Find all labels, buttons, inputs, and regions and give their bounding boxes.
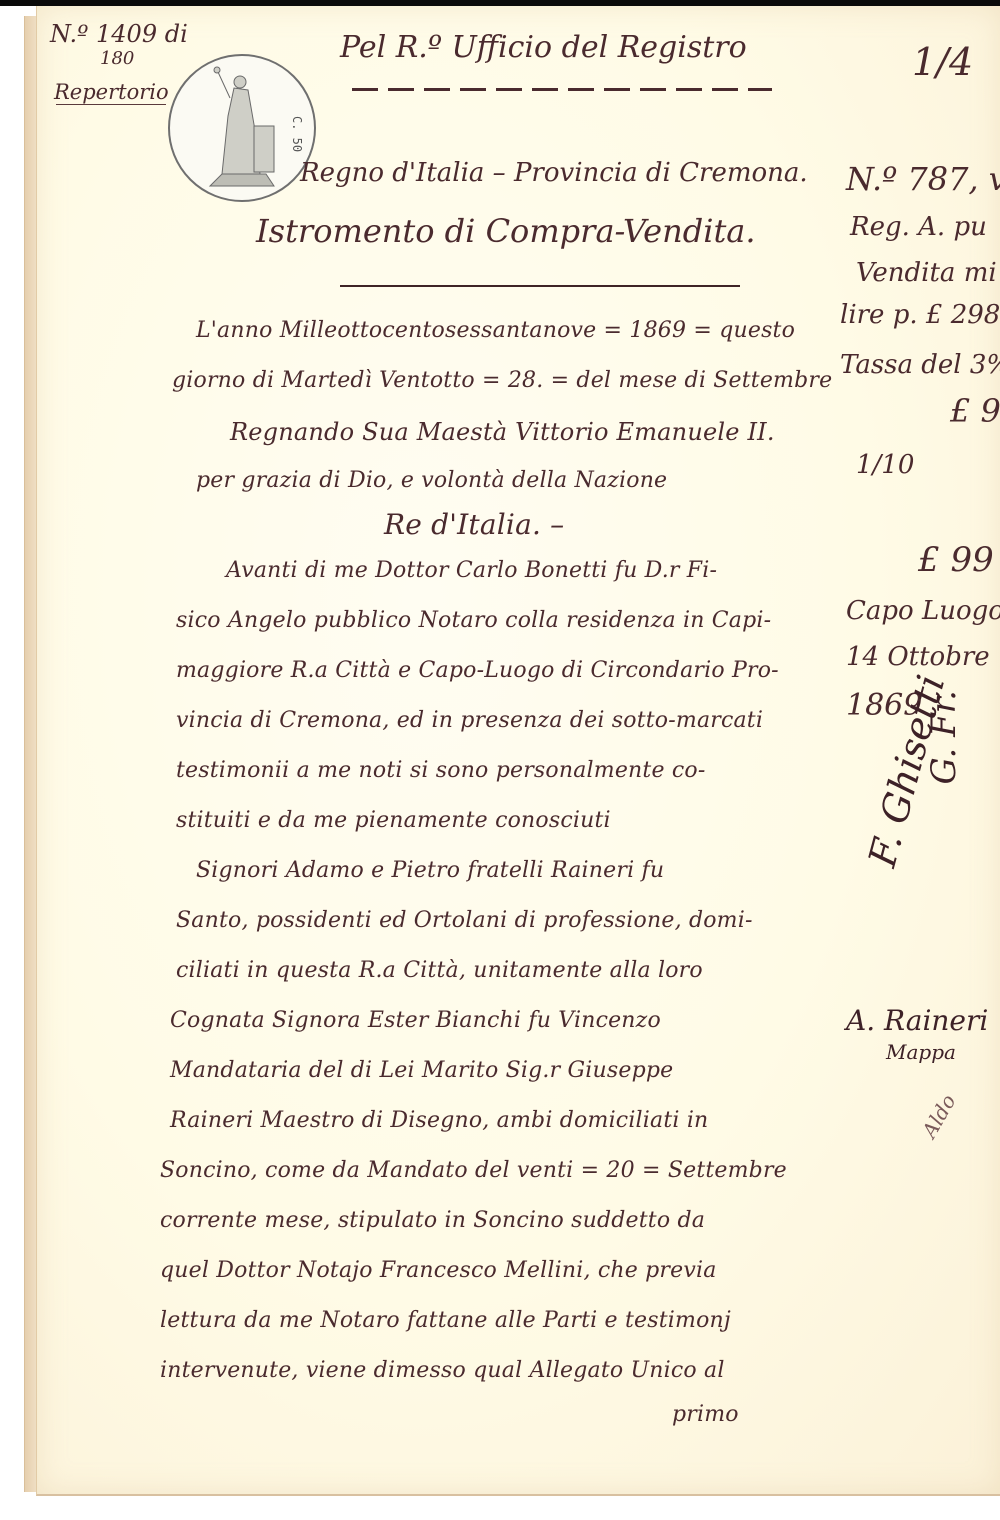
body-line: stituiti e da me pienamente conosciuti [176,808,611,833]
body-line: intervenute, viene dimesso qual Allegato… [160,1358,725,1383]
repertorio-underline [56,104,166,105]
repertorio-number: N.º 1409 di [50,20,188,48]
margin-note: Vendita mi [856,258,997,288]
margin-note: N.º 787, vo [846,160,1000,198]
body-line: Avanti di me Dottor Carlo Bonetti fu D.r… [226,558,717,583]
signature: A. Raineri [846,1004,988,1037]
heading-deed-title: Istromento di Compra-Vendita. [256,212,756,250]
stamp-value: C. 50 [290,116,304,152]
fraction-mark: 1/4 [912,40,973,84]
margin-note: Capo Luogo [846,596,1000,626]
body-line: Cognata Signora Ester Bianchi fu Vincenz… [170,1008,661,1033]
body-line: Regnando Sua Maestà Vittorio Emanuele II… [230,418,775,446]
body-line: maggiore R.a Città e Capo-Luogo di Circo… [176,658,779,683]
margin-note: £ 99 [918,540,994,580]
body-line: Santo, possidenti ed Ortolani di profess… [176,908,753,933]
body-line-catchword: primo [672,1402,739,1427]
body-line: vincia di Cremona, ed in presenza dei so… [176,708,763,733]
body-line: Signori Adamo e Pietro fratelli Raineri … [196,858,664,883]
body-line: Raineri Maestro di Disegno, ambi domicil… [170,1108,708,1133]
body-line: testimonii a me noti si sono personalmen… [176,758,705,783]
body-line: sico Angelo pubblico Notaro colla reside… [176,608,771,633]
margin-note: 14 Ottobre [846,642,990,672]
body-line: lettura da me Notaro fattane alle Parti … [160,1308,731,1333]
signature: Mappa [886,1040,956,1064]
body-line: per grazia di Dio, e volontà della Nazio… [196,468,667,493]
heading-separator [340,285,740,287]
margin-note: 1/10 [856,450,914,480]
margin-note: lire p. £ 298 [840,300,1000,330]
office-header: Pel R.º Ufficio del Registro [340,30,747,65]
revenue-stamp: C. 50 [168,54,316,202]
body-line: Re d'Italia. – [384,508,564,541]
repertorio-label: Repertorio [54,80,169,104]
body-line: corrente mese, stipulato in Soncino sudd… [160,1208,705,1233]
margin-note: £ 9 [950,392,1000,430]
heading-province: Regno d'Italia – Provincia di Cremona. [300,158,808,188]
margin-note: Tassa del 3% [840,350,1000,380]
body-line: quel Dottor Notajo Francesco Mellini, ch… [160,1258,717,1283]
body-line: giorno di Martedì Ventotto = 28. = del m… [172,368,832,393]
body-line: Soncino, come da Mandato del venti = 20 … [160,1158,787,1183]
body-line: Mandataria del di Lei Marito Sig.r Giuse… [170,1058,673,1083]
body-line: L'anno Milleottocentosessantanove = 1869… [196,318,795,343]
repertorio-year: 180 [100,48,134,69]
office-header-underline [352,88,772,91]
margin-note: Reg. A. pu [850,212,987,242]
body-line: ciliati in questa R.a Città, unitamente … [176,958,703,983]
